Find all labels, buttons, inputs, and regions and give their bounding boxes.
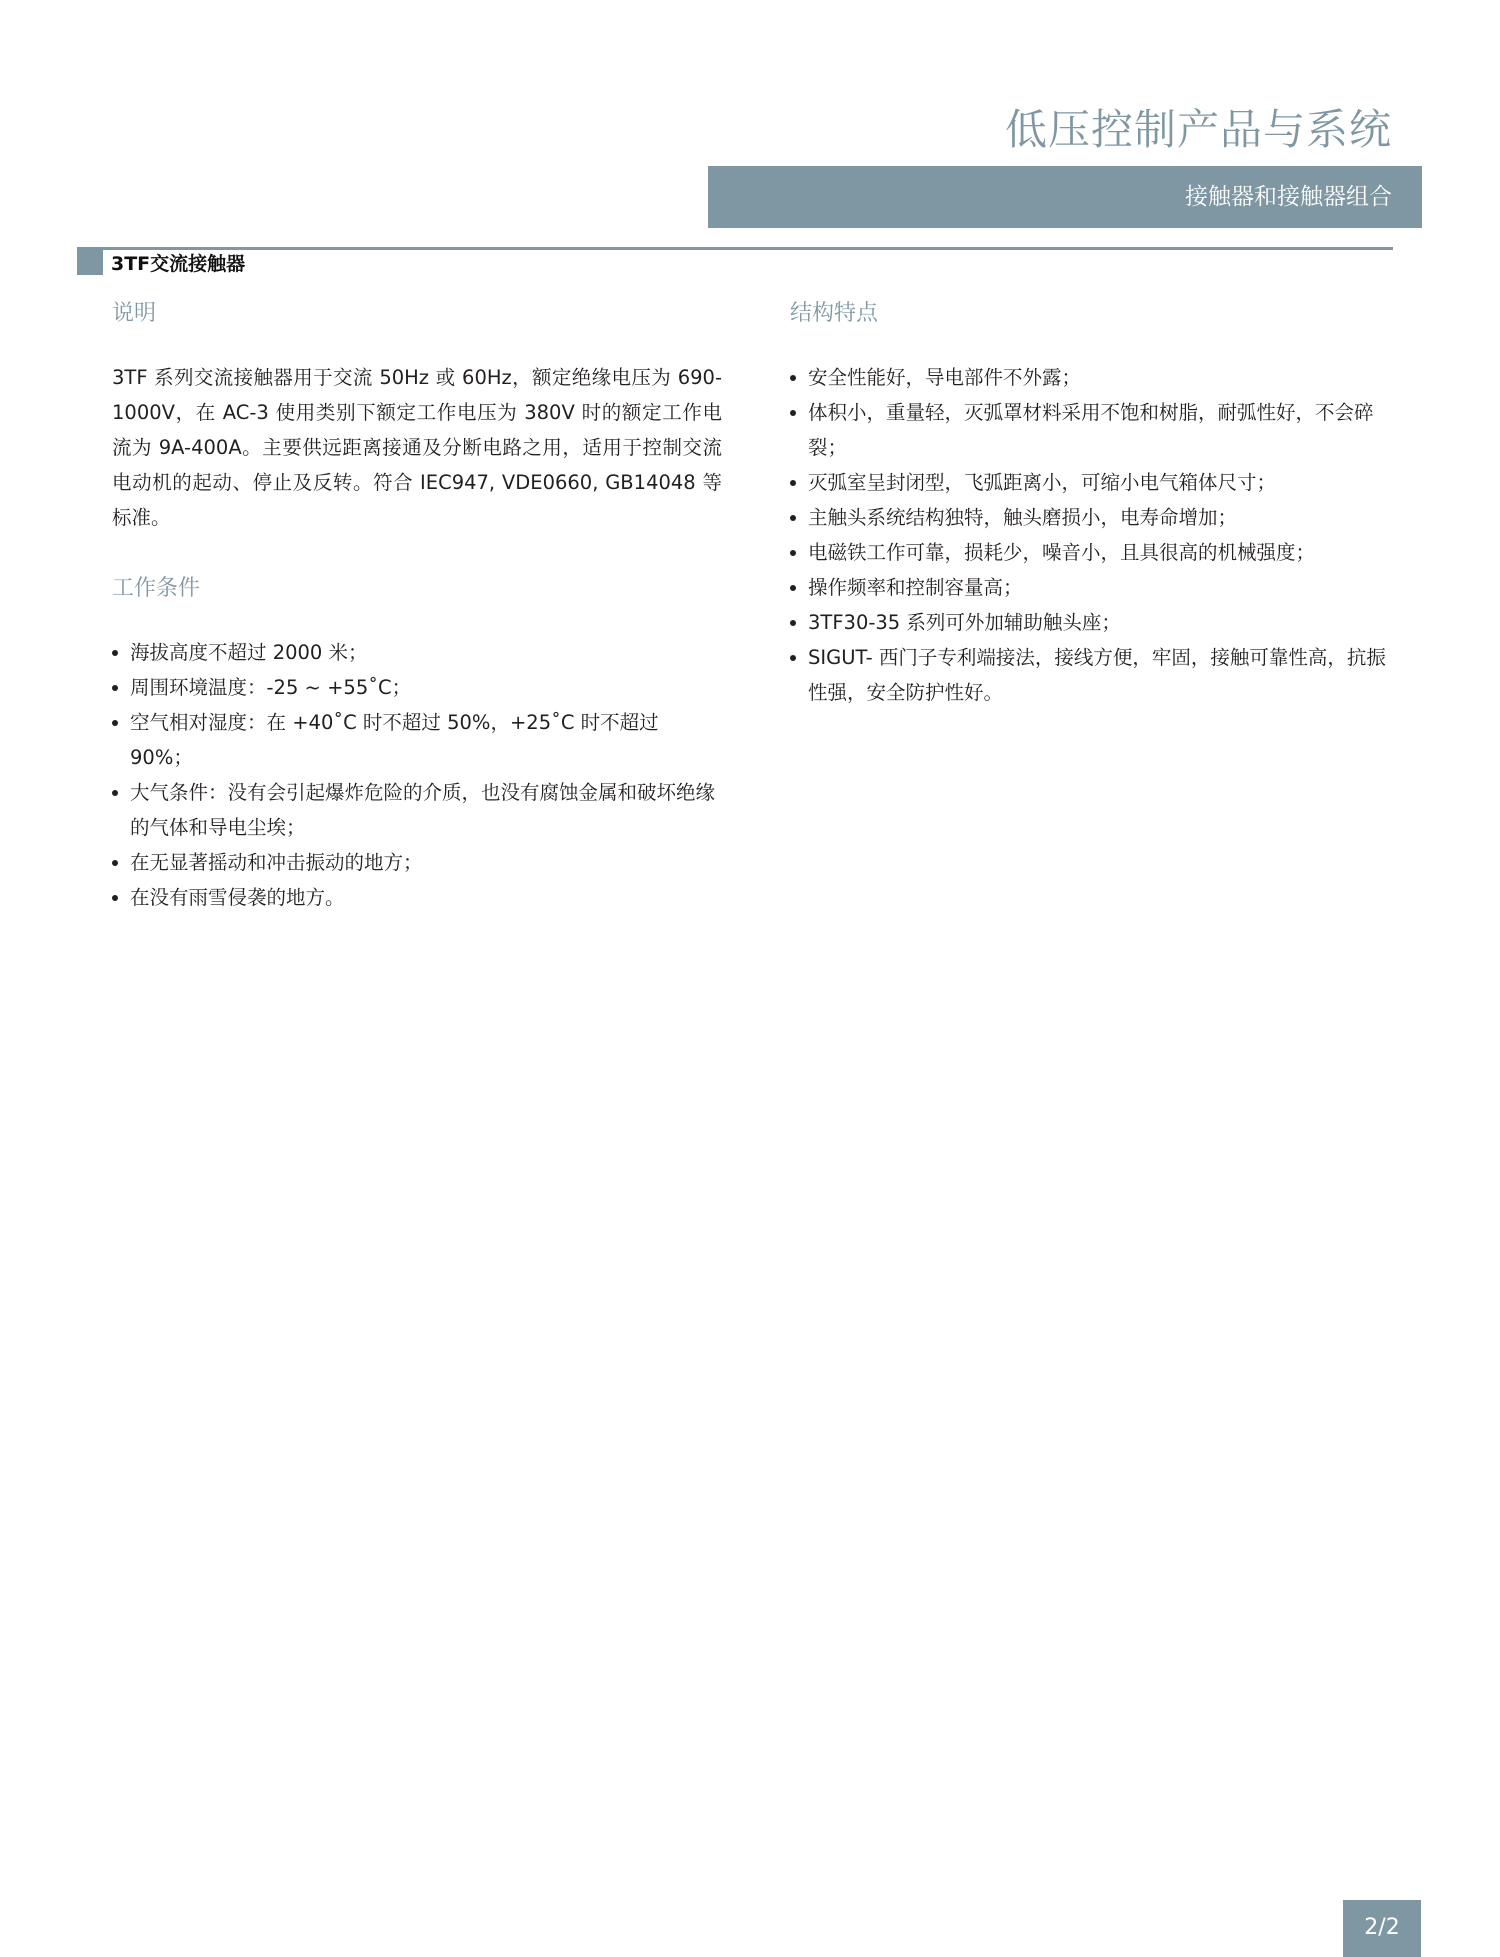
list-item-text: 主触头系统结构独特，触头磨损小，电寿命增加； [808, 506, 1237, 529]
list-item-text: 周围环境温度：-25 ~ +55˚C； [130, 676, 411, 699]
description-heading: 说明 [112, 298, 722, 330]
page-number: 2/2 [1343, 1914, 1421, 1942]
category-subtitle: 接触器和接触器组合 [1185, 182, 1392, 212]
bullet-icon [112, 685, 118, 691]
list-item: 操作频率和控制容量高； [790, 570, 1400, 605]
list-item-text: SIGUT- 西门子专利端接法，接线方便，牢固，接触可靠性高，抗振性强，安全防护… [808, 646, 1386, 704]
list-item: SIGUT- 西门子专利端接法，接线方便，牢固，接触可靠性高，抗振性强，安全防护… [790, 640, 1400, 710]
left-column: 说明 3TF 系列交流接触器用于交流 50Hz 或 60Hz，额定绝缘电压为 6… [112, 298, 722, 915]
bullet-icon [112, 860, 118, 866]
page-title: 低压控制产品与系统 [1005, 104, 1392, 156]
list-item-text: 体积小，重量轻，灭弧罩材料采用不饱和树脂，耐弧性好，不会碎裂； [808, 401, 1374, 459]
list-item-text: 在无显著摇动和冲击振动的地方； [130, 851, 423, 874]
section-title: 3TF交流接触器 [111, 252, 245, 276]
list-item: 灭弧室呈封闭型，飞弧距离小，可缩小电气箱体尺寸； [790, 465, 1400, 500]
bullet-icon [790, 410, 796, 416]
list-item-text: 安全性能好，导电部件不外露； [808, 366, 1081, 389]
list-item: 在没有雨雪侵袭的地方。 [112, 880, 722, 915]
description-paragraph: 3TF 系列交流接触器用于交流 50Hz 或 60Hz，额定绝缘电压为 690-… [112, 360, 722, 535]
bullet-icon [790, 655, 796, 661]
bullet-icon [790, 375, 796, 381]
category-banner: 接触器和接触器组合 [708, 166, 1422, 228]
features-list: 安全性能好，导电部件不外露； 体积小，重量轻，灭弧罩材料采用不饱和树脂，耐弧性好… [790, 360, 1400, 710]
bullet-icon [790, 550, 796, 556]
page-number-badge: 2/2 [1343, 1900, 1421, 1957]
list-item-text: 3TF30-35 系列可外加辅助触头座； [808, 611, 1121, 634]
list-item-text: 操作频率和控制容量高； [808, 576, 1023, 599]
list-item: 3TF30-35 系列可外加辅助触头座； [790, 605, 1400, 640]
bullet-icon [112, 650, 118, 656]
bullet-icon [790, 515, 796, 521]
list-item: 海拔高度不超过 2000 米； [112, 635, 722, 670]
list-item: 主触头系统结构独特，触头磨损小，电寿命增加； [790, 500, 1400, 535]
list-item: 在无显著摇动和冲击振动的地方； [112, 845, 722, 880]
bullet-icon [790, 585, 796, 591]
bullet-icon [790, 480, 796, 486]
right-column: 结构特点 安全性能好，导电部件不外露； 体积小，重量轻，灭弧罩材料采用不饱和树脂… [790, 298, 1400, 710]
section-marker-square [77, 248, 103, 275]
operating-conditions-heading: 工作条件 [112, 573, 722, 605]
list-item: 空气相对湿度：在 +40˚C 时不超过 50%，+25˚C 时不超过 90%； [112, 705, 722, 775]
list-item-text: 海拔高度不超过 2000 米； [130, 641, 368, 664]
list-item: 电磁铁工作可靠，损耗少，噪音小，且具很高的机械强度； [790, 535, 1400, 570]
header-divider [77, 247, 1393, 250]
list-item-text: 在没有雨雪侵袭的地方。 [130, 886, 345, 909]
list-item: 周围环境温度：-25 ~ +55˚C； [112, 670, 722, 705]
bullet-icon [790, 620, 796, 626]
features-heading: 结构特点 [790, 298, 1400, 330]
list-item-text: 电磁铁工作可靠，损耗少，噪音小，且具很高的机械强度； [808, 541, 1315, 564]
list-item-text: 灭弧室呈封闭型，飞弧距离小，可缩小电气箱体尺寸； [808, 471, 1276, 494]
bullet-icon [112, 720, 118, 726]
operating-conditions-list: 海拔高度不超过 2000 米； 周围环境温度：-25 ~ +55˚C； 空气相对… [112, 635, 722, 915]
list-item: 大气条件：没有会引起爆炸危险的介质，也没有腐蚀金属和破坏绝缘的气体和导电尘埃； [112, 775, 722, 845]
list-item: 安全性能好，导电部件不外露； [790, 360, 1400, 395]
bullet-icon [112, 895, 118, 901]
list-item-text: 空气相对湿度：在 +40˚C 时不超过 50%，+25˚C 时不超过 90%； [130, 711, 659, 769]
list-item-text: 大气条件：没有会引起爆炸危险的介质，也没有腐蚀金属和破坏绝缘的气体和导电尘埃； [130, 781, 715, 839]
bullet-icon [112, 790, 118, 796]
list-item: 体积小，重量轻，灭弧罩材料采用不饱和树脂，耐弧性好，不会碎裂； [790, 395, 1400, 465]
